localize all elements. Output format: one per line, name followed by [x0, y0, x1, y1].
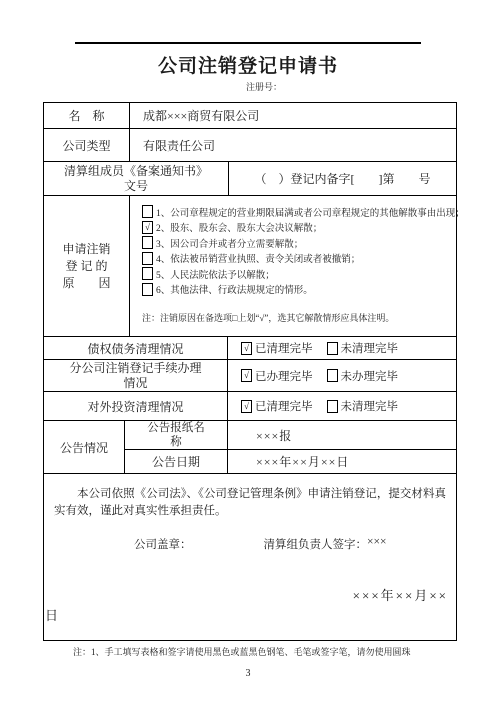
announcement-label: 公告情况: [44, 421, 125, 473]
checkbox-icon[interactable]: [327, 342, 338, 355]
row-name: 名 称 成都×××商贸有限公司: [44, 103, 456, 129]
liquidation-doc-value: （ ）登记内备字[ ]第 号: [229, 162, 456, 195]
reason-note: 注：注销原因在备选项□上划“√”，选其它解散情形应具体注明。: [142, 311, 452, 324]
checkbox-icon[interactable]: [142, 267, 153, 280]
reason-label-line3: 原 因: [62, 275, 110, 292]
row-debt-clearance: 债权债务清理情况 √ 已清理完毕 未清理完毕: [44, 337, 456, 360]
reason-item: 4、依法被吊销营业执照、责令关闭或者被撤销；: [142, 251, 452, 267]
checkbox-icon[interactable]: [142, 283, 153, 296]
reason-item: 1、公司章程规定的营业期限届满或者公司章程规定的其他解散事由出现；: [142, 204, 452, 220]
row-company-type: 公司类型 有限责任公司: [44, 129, 456, 162]
investment-clearance-label: 对外投资清理情况: [44, 392, 228, 420]
debt-clearance-options: √ 已清理完毕 未清理完毕: [228, 337, 456, 359]
checkbox-checked-icon[interactable]: √: [241, 369, 252, 382]
header-rule: [75, 42, 421, 44]
page-number: 3: [0, 668, 496, 679]
newspaper-value: ×××报: [228, 421, 456, 449]
reason-item-text: 3、因公司合并或者分立需要解散；: [156, 236, 303, 250]
checkbox-icon[interactable]: [142, 252, 153, 265]
declaration-date: ×××年××月××: [44, 585, 456, 604]
announcement-date-label: 公告日期: [125, 450, 228, 473]
checkbox-icon[interactable]: [142, 205, 153, 218]
row-investment-clearance: 对外投资清理情况 √ 已清理完毕 未清理完毕: [44, 392, 456, 421]
company-type-label: 公司类型: [44, 129, 130, 161]
declaration-date-wrap: 日: [44, 605, 456, 624]
reason-item-text: 4、依法被吊销营业执照、责令关闭或者被撤销；: [156, 251, 360, 265]
announcement-date-value: ×××年××月××日: [228, 450, 456, 473]
reason-label-line1: 申请注销: [62, 241, 110, 258]
announcement-details: 公告报纸名称 ×××报 公告日期 ×××年××月××日: [125, 421, 456, 473]
option-label: 未办理完毕: [341, 368, 399, 384]
name-value: 成都×××商贸有限公司: [130, 103, 456, 128]
reason-item-text: 2、股东、股东会、股东大会决议解散；: [156, 220, 322, 234]
investment-clearance-options: √ 已清理完毕 未清理完毕: [228, 392, 456, 420]
company-type-value: 有限责任公司: [130, 129, 456, 161]
row-announcement: 公告情况 公告报纸名称 ×××报 公告日期 ×××年××月××日: [44, 421, 456, 474]
liquidator-sign-label: 清算组负责人签字：: [264, 536, 368, 552]
reason-item: 5、人民法院依法予以解散；: [142, 266, 452, 282]
checkbox-icon[interactable]: [142, 236, 153, 249]
newspaper-label-text: 公告报纸名称: [146, 421, 206, 449]
announcement-date-row: 公告日期 ×××年××月××日: [125, 450, 456, 473]
debt-clearance-label: 债权债务清理情况: [44, 337, 228, 359]
signature-line: 公司盖章： 清算组负责人签字： ×××: [44, 536, 456, 552]
option-label: 已办理完毕: [255, 368, 313, 384]
registration-number-label: 注册号：: [0, 80, 496, 93]
application-form-table: 名 称 成都×××商贸有限公司 公司类型 有限责任公司 清算组成员《备案通知书》…: [43, 102, 457, 641]
document-page: 公司注销登记申请书 注册号： 名 称 成都×××商贸有限公司 公司类型 有限责任…: [0, 0, 496, 702]
reason-label-line2: 登 记 的: [65, 258, 107, 275]
row-liquidation-doc: 清算组成员《备案通知书》文号 （ ）登记内备字[ ]第 号: [44, 162, 456, 196]
page-title: 公司注销登记申请书: [0, 51, 496, 78]
checkbox-icon[interactable]: [327, 369, 338, 382]
name-label: 名 称: [44, 103, 130, 128]
checkbox-checked-icon[interactable]: √: [142, 221, 153, 234]
company-seal-label: 公司盖章：: [134, 536, 192, 552]
checkbox-checked-icon[interactable]: √: [241, 400, 252, 413]
row-declaration: 本公司依照《公司法》、《公司登记管理条例》申请注销登记，提交材料真实有效，谨此对…: [44, 486, 456, 640]
footer-note: 注：1、手工填写表格和签字请使用黑色或蓝黑色钢笔、毛笔或签字笔，请勿使用圆珠: [73, 645, 496, 658]
row-branch-deregistration: 分公司注销登记手续办理情况 √ 已办理完毕 未办理完毕: [44, 360, 456, 392]
option-label: 已清理完毕: [255, 340, 313, 356]
reason-item-text: 6、其他法律、行政法规规定的情形。: [156, 282, 313, 296]
option-label: 已清理完毕: [255, 398, 313, 414]
newspaper-label: 公告报纸名称: [125, 421, 228, 449]
row-reason: 申请注销 登 记 的 原 因 1、公司章程规定的营业期限届满或者公司章程规定的其…: [44, 196, 456, 337]
reason-item-text: 1、公司章程规定的营业期限届满或者公司章程规定的其他解散事由出现；: [156, 205, 465, 219]
reason-item: 3、因公司合并或者分立需要解散；: [142, 235, 452, 251]
reason-label: 申请注销 登 记 的 原 因: [44, 196, 130, 336]
reason-item-text: 5、人民法院依法予以解散；: [156, 267, 275, 281]
reason-item: 6、其他法律、行政法规规定的情形。: [142, 282, 452, 298]
liquidation-doc-label-text: 清算组成员《备案通知书》文号: [60, 164, 212, 194]
branch-deregistration-label: 分公司注销登记手续办理情况: [44, 360, 228, 391]
liquidator-sign-value: ×××: [367, 536, 386, 552]
reason-options: 1、公司章程规定的营业期限届满或者公司章程规定的其他解散事由出现； √ 2、股东…: [130, 196, 456, 336]
option-label: 未清理完毕: [341, 398, 399, 414]
checkbox-icon[interactable]: [327, 400, 338, 413]
checkbox-checked-icon[interactable]: √: [241, 342, 252, 355]
liquidation-doc-label: 清算组成员《备案通知书》文号: [44, 162, 229, 195]
option-label: 未清理完毕: [341, 340, 399, 356]
declaration-text: 本公司依照《公司法》、《公司登记管理条例》申请注销登记，提交材料真实有效，谨此对…: [54, 486, 446, 520]
branch-deregistration-label-text: 分公司注销登记手续办理情况: [68, 361, 204, 391]
announcement-newspaper-row: 公告报纸名称 ×××报: [125, 421, 456, 450]
branch-deregistration-options: √ 已办理完毕 未办理完毕: [228, 360, 456, 391]
reason-item: √ 2、股东、股东会、股东大会决议解散；: [142, 220, 452, 236]
